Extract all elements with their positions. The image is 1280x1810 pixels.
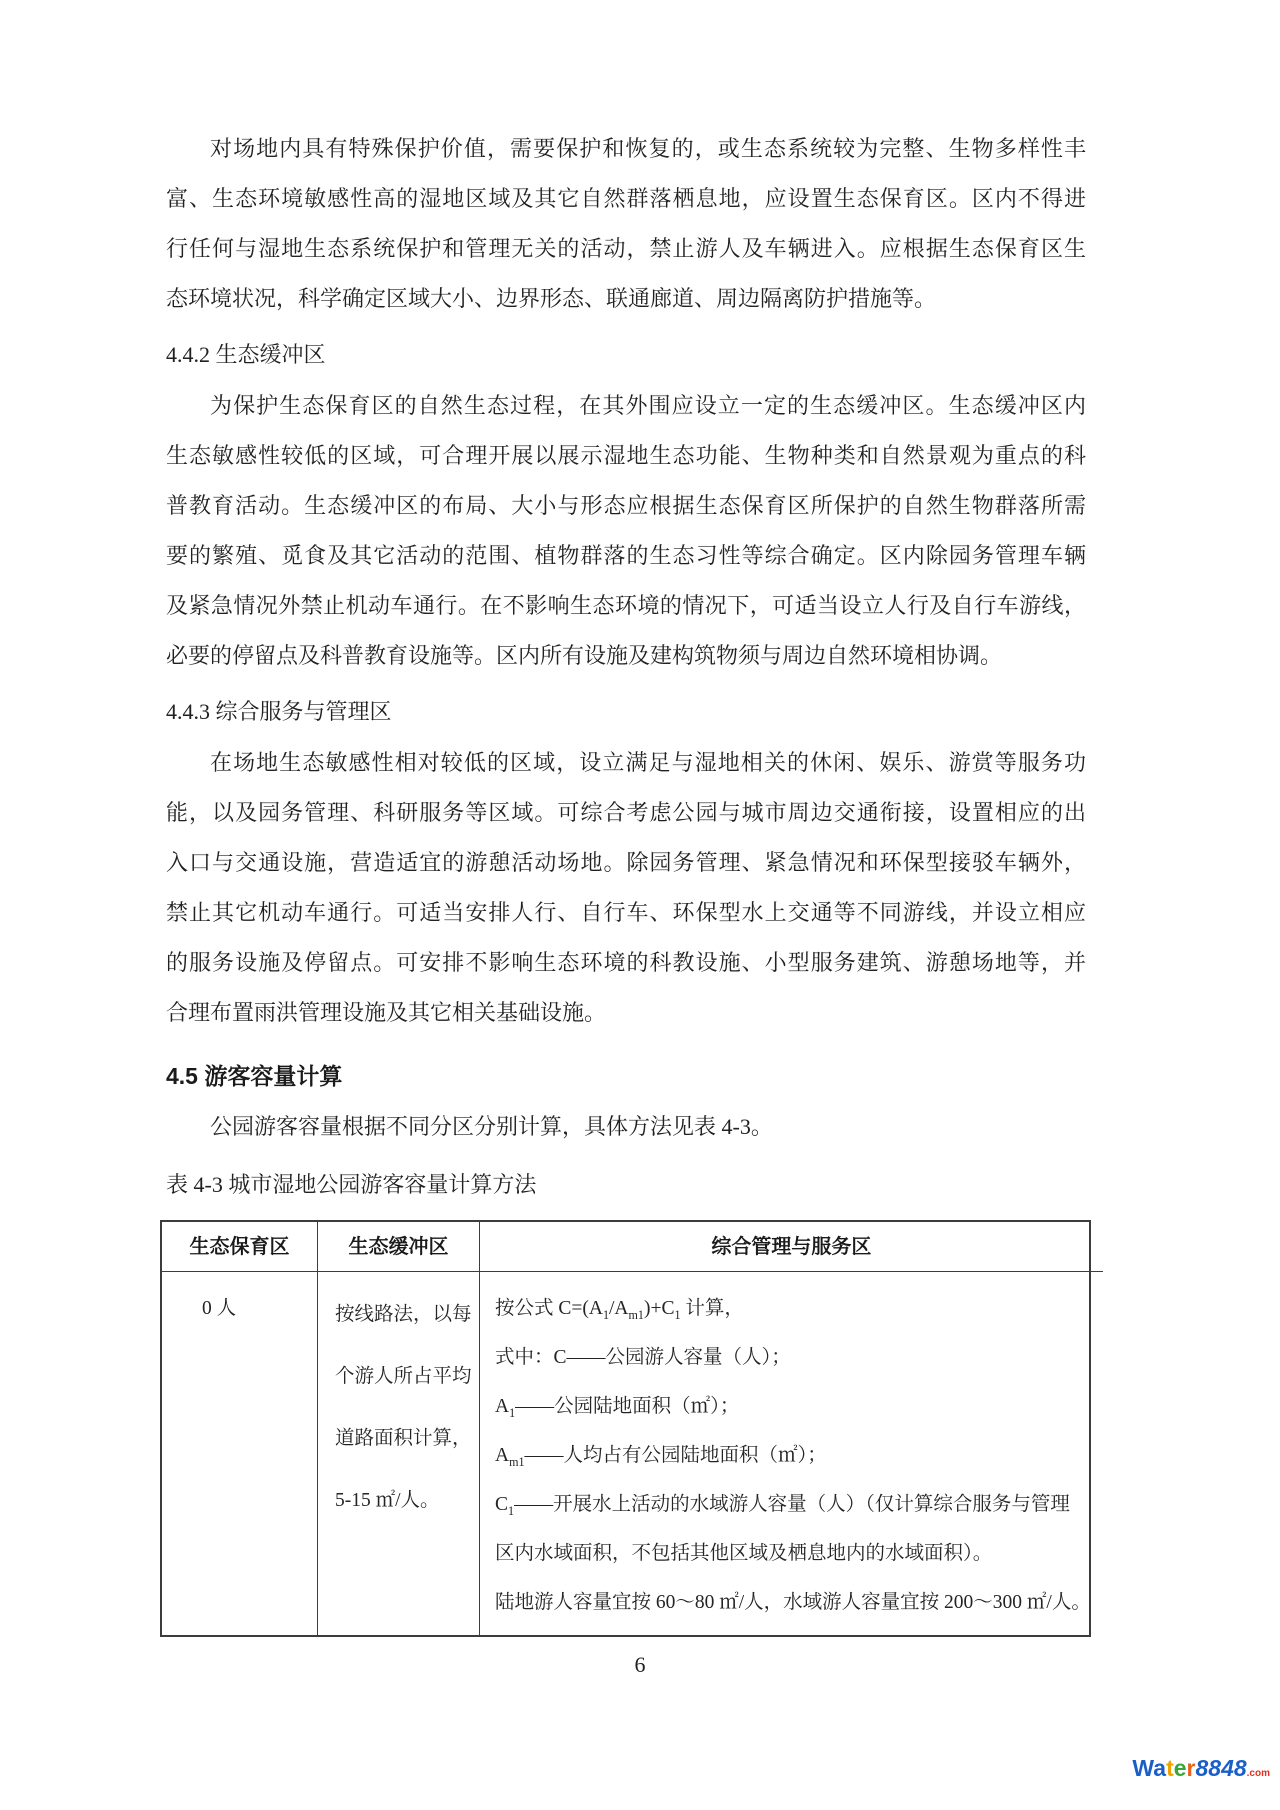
table-caption: 表 4-3 城市湿地公园游客容量计算方法 [166,1160,1086,1210]
section-heading-4-4-2: 4.4.2 生态缓冲区 [166,329,1086,381]
page-number: 6 [0,1652,1280,1678]
text-line: 0 人 [202,1284,311,1333]
table-cell-buffer: 按线路法，以每 个游人所占平均 道路面积计算， 5-15 ㎡/人。 [318,1272,480,1635]
text-line: 能，以及园务管理、科研服务等区域。可综合考虑公园与城市周边交通衔接，设置相应的出 [166,788,1086,838]
text-line: 普教育活动。生态缓冲区的布局、大小与形态应根据生态保育区所保护的自然生物群落所需 [166,481,1086,531]
column-header-conservation: 生态保育区 [162,1222,318,1272]
section-heading-4-5: 4.5 游客容量计算 [166,1050,1086,1102]
body-paragraph-4: 公园游客容量根据不同分区分别计算，具体方法见表 4-3。 [166,1102,1086,1152]
text-line: 为保护生态保育区的自然生态过程，在其外围应设立一定的生态缓冲区。生态缓冲区内 [166,381,1086,431]
text-line: 要的繁殖、觅食及其它活动的范围、植物群落的生态习性等综合确定。区内除园务管理车辆 [166,531,1086,581]
text-line: Am1——人均占有公园陆地面积（㎡）； [495,1431,1091,1480]
column-header-service: 综合管理与服务区 [480,1222,1103,1272]
table-cell-service: 按公式 C=(A1/Am1)+C1 计算， 式中：C——公园游人容量（人）； A… [480,1272,1103,1635]
body-paragraph-1: 对场地内具有特殊保护价值，需要保护和恢复的，或生态系统较为完整、生物多样性丰 富… [166,124,1086,324]
column-header-buffer: 生态缓冲区 [318,1222,480,1272]
document-page: 对场地内具有特殊保护价值，需要保护和恢复的，或生态系统较为完整、生物多样性丰 富… [0,0,1280,1810]
text-line: 态环境状况，科学确定区域大小、边界形态、联通廊道、周边隔离防护措施等。 [166,274,1086,324]
text-line: 行任何与湿地生态系统保护和管理无关的活动，禁止游人及车辆进入。应根据生态保育区生 [166,224,1086,274]
text-line: C1——开展水上活动的水域游人容量（人）（仅计算综合服务与管理 [495,1480,1091,1529]
text-line: 的服务设施及停留点。可安排不影响生态环境的科教设施、小型服务建筑、游憩场地等，并 [166,938,1086,988]
text-line: 在场地生态敏感性相对较低的区域，设立满足与湿地相关的休闲、娱乐、游赏等服务功 [166,738,1086,788]
text-line: 禁止其它机动车通行。可适当安排人行、自行车、环保型水上交通等不同游线，并设立相应 [166,888,1086,938]
document-body: 对场地内具有特殊保护价值，需要保护和恢复的，或生态系统较为完整、生物多样性丰 富… [166,124,1086,1637]
text-line: 道路面积计算， [335,1408,475,1470]
section-heading-4-4-3: 4.4.3 综合服务与管理区 [166,686,1086,738]
text-line: 公园游客容量根据不同分区分别计算，具体方法见表 4-3。 [166,1102,1086,1152]
watermark-brand-logo: Water8848.com [1132,1757,1270,1781]
text-line: 按线路法，以每 [335,1284,475,1346]
text-line: 5-15 ㎡/人。 [335,1470,475,1532]
body-paragraph-2: 为保护生态保育区的自然生态过程，在其外围应设立一定的生态缓冲区。生态缓冲区内 生… [166,381,1086,681]
text-line: 富、生态环境敏感性高的湿地区域及其它自然群落栖息地，应设置生态保育区。区内不得进 [166,174,1086,224]
text-line: 区内水域面积，不包括其他区域及栖息地内的水域面积）。 [495,1529,1091,1578]
text-line: 对场地内具有特殊保护价值，需要保护和恢复的，或生态系统较为完整、生物多样性丰 [166,124,1086,174]
text-line: 生态敏感性较低的区域，可合理开展以展示湿地生态功能、生物种类和自然景观为重点的科 [166,431,1086,481]
visitor-capacity-table: 生态保育区 生态缓冲区 综合管理与服务区 0 人 按线路法，以每 个游人所占平均… [160,1220,1091,1637]
text-line: 陆地游人容量宜按 60～80 ㎡/人，水域游人容量宜按 200～300 ㎡/人。 [495,1578,1091,1627]
text-line: 必要的停留点及科普教育设施等。区内所有设施及建构筑物须与周边自然环境相协调。 [166,631,1086,681]
text-line: 式中：C——公园游人容量（人）； [495,1333,1091,1382]
text-line: 个游人所占平均 [335,1346,475,1408]
text-line: 合理布置雨洪管理设施及其它相关基础设施。 [166,988,1086,1038]
text-line: 及紧急情况外禁止机动车通行。在不影响生态环境的情况下，可适当设立人行及自行车游线… [166,581,1086,631]
watermark: Water8848.com [1132,1757,1270,1782]
formula-line: 按公式 C=(A1/Am1)+C1 计算， [495,1284,1091,1333]
text-line: A1——公园陆地面积（㎡）； [495,1382,1091,1431]
text-line: 入口与交通设施，营造适宜的游憩活动场地。除园务管理、紧急情况和环保型接驳车辆外， [166,838,1086,888]
table-cell-conservation: 0 人 [162,1272,318,1635]
body-paragraph-3: 在场地生态敏感性相对较低的区域，设立满足与湿地相关的休闲、娱乐、游赏等服务功 能… [166,738,1086,1038]
